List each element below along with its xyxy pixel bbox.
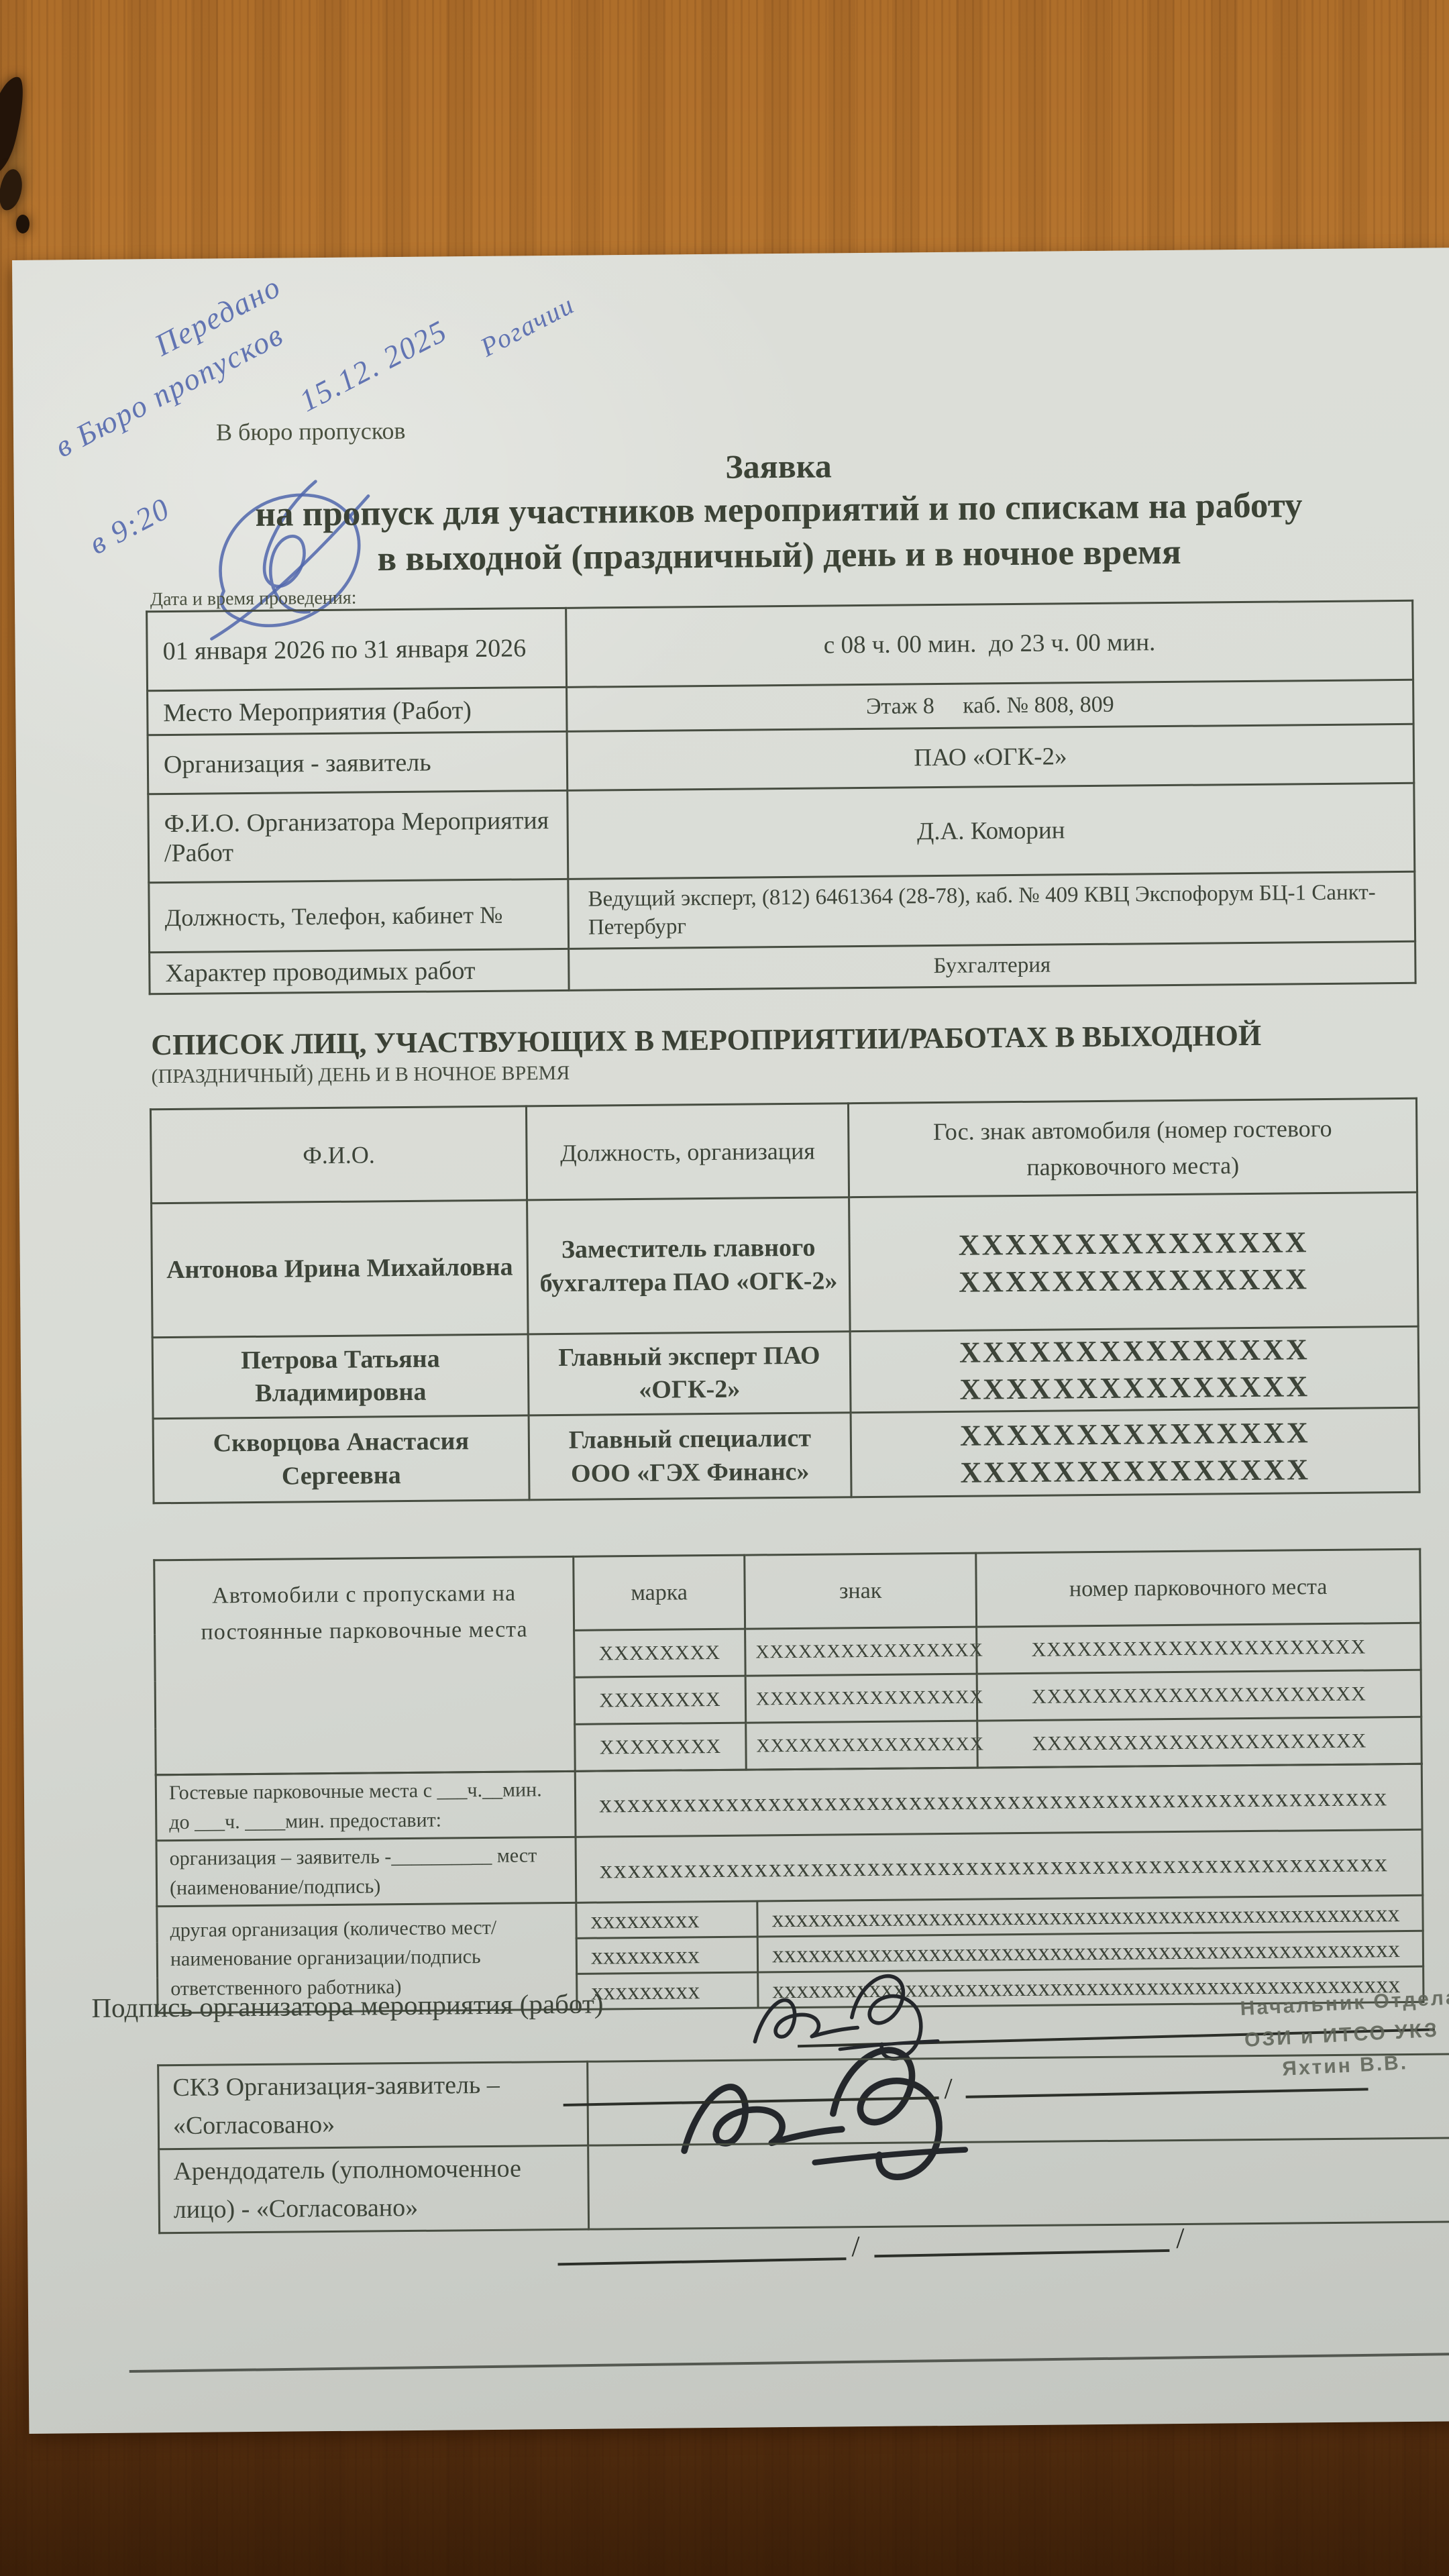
table-row: организация – заявитель -__________ мест… <box>156 1829 1423 1906</box>
person-name: Антонова Ирина Михайловна <box>152 1200 529 1338</box>
details-organizer-label: Ф.И.О. Организатора Мероприятия /Работ <box>148 790 568 882</box>
details-place-value: Этаж 8 каб. № 808, 809 <box>567 680 1414 731</box>
table-row: Арендодатель (уполномоченное лицо) - «Со… <box>159 2137 1449 2233</box>
list-heading-2: (ПРАЗДНИЧНЫЙ) ДЕНЬ И В НОЧНОЕ ВРЕМЯ <box>151 1062 570 1088</box>
parking-col-spot: номер парковочного места <box>976 1549 1421 1627</box>
approval-table: СКЗ Организация-заявитель – «Согласовано… <box>157 2052 1449 2234</box>
person-position: Заместитель главного бухгалтера ПАО «ОГК… <box>527 1197 851 1334</box>
paper-sheet: Передано в Бюро пропусков 15.12. 2025 Ро… <box>12 247 1449 2434</box>
parking-spot: ХХХХХХХХХХХХХХХХХХХХХХ <box>977 1670 1421 1721</box>
person-name: Петрова Татьяна Владимировна <box>152 1334 529 1419</box>
details-work-value: Бухгалтерия <box>569 941 1415 990</box>
person-position: Главный специалист ООО «ГЭХ Финанс» <box>529 1413 851 1500</box>
parking-plate: ХХХХХХХХХХХХХХХХ <box>745 1674 977 1723</box>
addressee-label: В бюро пропусков <box>216 417 406 446</box>
person-car-number: ХХХХХХХХХХХХХХХ ХХХХХХХХХХХХХХХ <box>851 1407 1419 1497</box>
approval-skz-signature-cell <box>588 2053 1449 2145</box>
person-car-number: ХХХХХХХХХХХХХХХ ХХХХХХХХХХХХХХХ <box>849 1192 1419 1331</box>
guest-row-value: хххххххххххххххххххххххххххххххххххххххх… <box>575 1764 1422 1837</box>
parking-brand: ХХХХХХХХ <box>574 1629 746 1677</box>
handwritten-note: Передано в Бюро пропусков 15.12. 2025 Ро… <box>12 247 1449 260</box>
table-row: Петрова Татьяна Владимировна Главный экс… <box>152 1326 1419 1418</box>
other-org-value: хххххххххххххххххххххххххххххххххххххххх… <box>757 1895 1423 1937</box>
car-number-line: ХХХХХХХХХХХХХХХ <box>861 1413 1409 1454</box>
pencil-line <box>129 2353 1449 2373</box>
person-position: Главный эксперт ПАО «ОГК-2» <box>528 1332 851 1415</box>
details-time-value: с 08 ч. 00 мин. до 23 ч. 00 мин. <box>566 600 1413 687</box>
slash-separator: / <box>851 2229 860 2263</box>
guest-row-value: хххххххххххххххххххххххххххххххххххххххх… <box>576 1829 1423 1902</box>
guest-row-label: Гостевые парковочные места с ___ч.__мин.… <box>156 1771 576 1840</box>
car-number-line: ХХХХХХХХХХХХХХХ <box>861 1330 1408 1372</box>
note-line-3: 15.12. 2025 <box>293 313 453 419</box>
details-work-label: Характер проводимых работ <box>150 949 569 994</box>
details-position-label: Должность, Телефон, кабинет № <box>149 879 569 952</box>
parking-brand: ХХХХХХХХ <box>574 1676 746 1724</box>
person-name: Скворцова Анастасия Сергеевна <box>153 1415 529 1503</box>
table-row: Должность, Телефон, кабинет № Ведущий эк… <box>149 871 1415 952</box>
table-row: Антонова Ирина Михайловна Заместитель гл… <box>152 1192 1419 1337</box>
approval-skz-label: СКЗ Организация-заявитель – «Согласовано… <box>158 2061 588 2149</box>
note-line-4: Рогачии <box>475 288 580 363</box>
parking-spot: ХХХХХХХХХХХХХХХХХХХХХХ <box>977 1623 1421 1674</box>
people-col-car: Гос. знак автомобиля (номер гостевого па… <box>848 1098 1417 1197</box>
parking-col-plate: знак <box>745 1553 977 1629</box>
slash-separator: / <box>1176 2221 1185 2255</box>
car-number-line: ХХХХХХХХХХХХХХХ <box>860 1259 1407 1301</box>
approval-landlord-signature-cell <box>588 2137 1449 2229</box>
wood-knot <box>16 215 30 233</box>
table-header-row: Автомобили с пропусками на постоянные па… <box>154 1549 1421 1633</box>
car-number-line: ХХХХХХХХХХХХХХХ <box>859 1222 1407 1264</box>
organizer-signature-label: Подпись организатора мероприятия (работ) <box>91 1987 603 2024</box>
approval-landlord-label: Арендодатель (уполномоченное лицо) - «Со… <box>159 2145 589 2233</box>
table-row: Ф.И.О. Организатора Мероприятия /Работ Д… <box>148 783 1415 882</box>
people-col-position: Должность, организация <box>526 1104 849 1200</box>
list-heading: СПИСОК ЛИЦ, УЧАСТВУЮЩИХ В МЕРОПРИЯТИИ/РА… <box>151 1018 1261 1062</box>
parking-spot: ХХХХХХХХХХХХХХХХХХХХХХ <box>977 1717 1422 1768</box>
details-date-value: 01 января 2026 по 31 января 2026 <box>147 608 567 690</box>
car-number-line: ХХХХХХХХХХХХХХХ <box>861 1367 1408 1409</box>
slash-separator: / <box>944 2072 953 2106</box>
table-row: Гостевые парковочные места с ___ч.__мин.… <box>156 1764 1422 1840</box>
people-col-name: Ф.И.О. <box>150 1106 527 1203</box>
table-row: Организация - заявитель ПАО «ОГК-2» <box>148 724 1414 794</box>
table-row: 01 января 2026 по 31 января 2026 с 08 ч.… <box>147 600 1413 690</box>
parking-brand: ХХХХХХХХ <box>575 1723 747 1771</box>
form-title: Заявка <box>144 441 1412 491</box>
parking-plate: ХХХХХХХХХХХХХХХХ <box>745 1627 977 1676</box>
details-organizer-value: Д.А. Коморин <box>568 783 1415 879</box>
parking-span-label: Автомобили с пропусками на постоянные па… <box>154 1556 576 1774</box>
details-org-value: ПАО «ОГК-2» <box>567 724 1414 790</box>
details-table: 01 января 2026 по 31 января 2026 с 08 ч.… <box>146 600 1417 995</box>
other-org-count: ххххххххх <box>576 1901 757 1938</box>
landlord-signature-line <box>557 2257 846 2265</box>
datetime-label: Дата и время проведения: <box>150 588 357 611</box>
parking-col-brand: марка <box>574 1555 745 1630</box>
parking-table: Автомобили с пропусками на постоянные па… <box>153 1548 1423 1776</box>
guest-row-label: организация – заявитель -__________ мест… <box>156 1837 576 1906</box>
table-header-row: Ф.И.О. Должность, организация Гос. знак … <box>150 1098 1417 1203</box>
details-position-value: Ведущий эксперт, (812) 6461364 (28-78), … <box>568 871 1415 949</box>
table-row: Скворцова Анастасия Сергеевна Главный сп… <box>153 1407 1419 1503</box>
parking-plate: ХХХХХХХХХХХХХХХХ <box>746 1721 978 1770</box>
people-table: Ф.И.О. Должность, организация Гос. знак … <box>150 1097 1421 1504</box>
person-car-number: ХХХХХХХХХХХХХХХ ХХХХХХХХХХХХХХХ <box>850 1326 1419 1412</box>
photo-of-pass-request-form: { "note": { "l1": "Передано", "l2": "в Б… <box>0 0 1449 2576</box>
car-number-line: ХХХХХХХХХХХХХХХ <box>861 1450 1409 1491</box>
details-place-label: Место Мероприятия (Работ) <box>148 687 568 735</box>
details-org-label: Организация - заявитель <box>148 731 568 794</box>
landlord-name-line <box>874 2249 1169 2257</box>
